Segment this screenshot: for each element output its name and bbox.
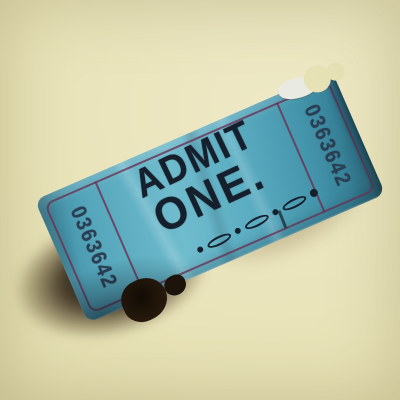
flourish-dot: [271, 208, 279, 216]
ticket-photo-scene: 0363642 0363642 ADMIT ONE.: [0, 0, 400, 400]
flourish-dot: [234, 227, 242, 235]
ticket-title-one: ONE.: [113, 135, 307, 257]
ticket-title-admit: ADMIT: [98, 99, 290, 221]
flourish-link: [281, 193, 308, 213]
flourish-link: [205, 230, 232, 250]
flourish-dot: [196, 246, 204, 254]
curled-right-edge: [321, 71, 385, 199]
flourish-link: [243, 212, 270, 232]
serial-number-right: 0363642: [292, 88, 363, 204]
stub-perforation-line-left: [94, 181, 144, 292]
stub-perforation-line-right: [276, 102, 326, 213]
ticket-title: ADMIT ONE.: [98, 103, 307, 255]
perforation-dash: [278, 210, 288, 229]
flourish-dot: [309, 188, 320, 199]
